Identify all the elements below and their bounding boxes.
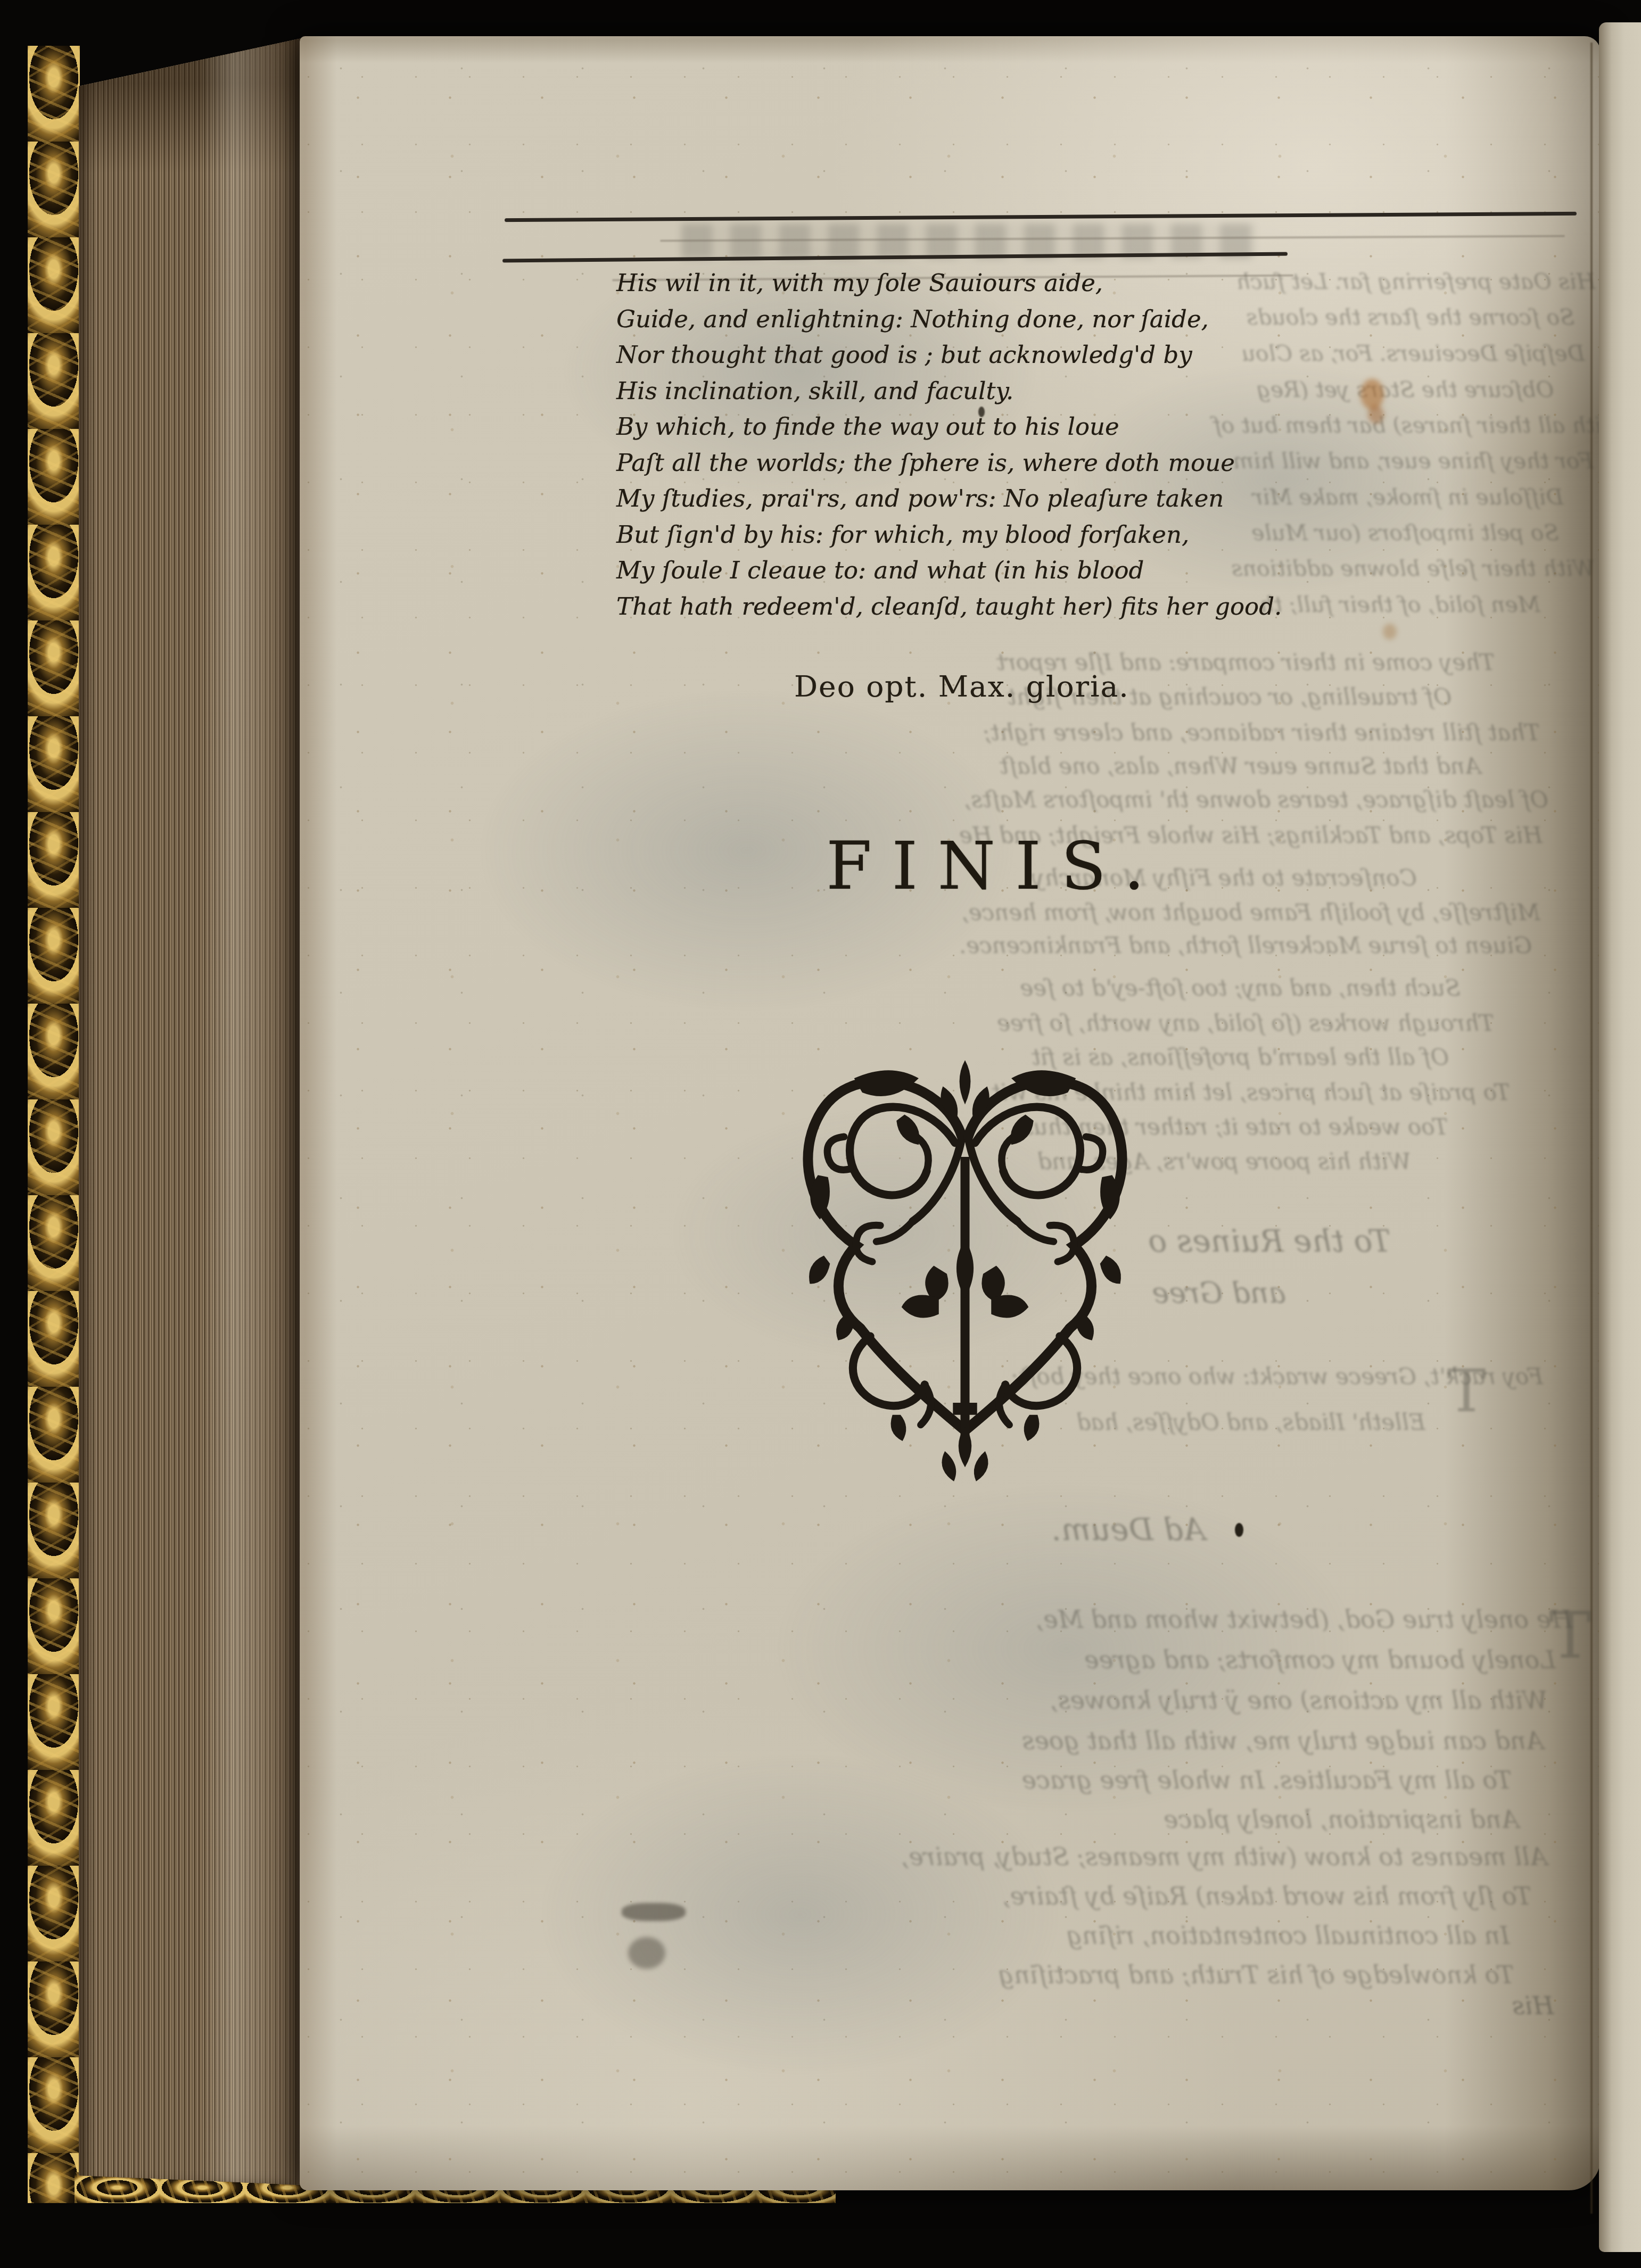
facing-page-edge [1599,22,1641,2252]
poem-line: But ſign'd by his: for which, my blood f… [616,517,1319,553]
text-block-fore-edge [79,35,301,2185]
poem-line: Nor thought that good is ; but acknowled… [616,337,1319,373]
poem-line: His inclination, skill, and faculty. [616,373,1319,409]
poem-line: Guide, and enlightning: Nothing done, no… [616,301,1319,337]
ink-smudge [628,1937,665,1969]
poem-line: Paſt all the worlds; the ſphere is, wher… [616,445,1319,481]
colophon-line: Deo opt. Max. gloria. [794,669,1129,703]
gutter-fold-line [1590,43,1593,2214]
poem-line: My ſoule I cleaue to: and what (in his b… [616,552,1319,589]
poem-line: My ſtudies, prai'rs, and pow'rs: No plea… [616,481,1319,517]
poem-line: By which, to finde the way out to his lo… [616,409,1319,445]
ink-fleck [978,407,985,417]
ink-fleck [1235,1523,1243,1537]
poem-line: That hath redeem'd, cleanſd, taught her)… [616,589,1319,625]
poem-line: His wil in it, with my ſole Sauiours aid… [616,265,1319,301]
gilt-binding-edge [28,46,80,2203]
ink-smudge [622,1903,686,1921]
rust-stain [1383,624,1397,640]
book-photograph: His Oate preferring far. Let ſuchSo ſcor… [0,0,1641,2268]
poem-block: His wil in it, with my ſole Sauiours aid… [616,265,1319,624]
finis-label: FINIS. [826,828,1165,905]
heart-fleuron-ornament [781,1044,1149,1497]
rust-stain [1368,405,1384,424]
rust-stain [1360,379,1384,410]
